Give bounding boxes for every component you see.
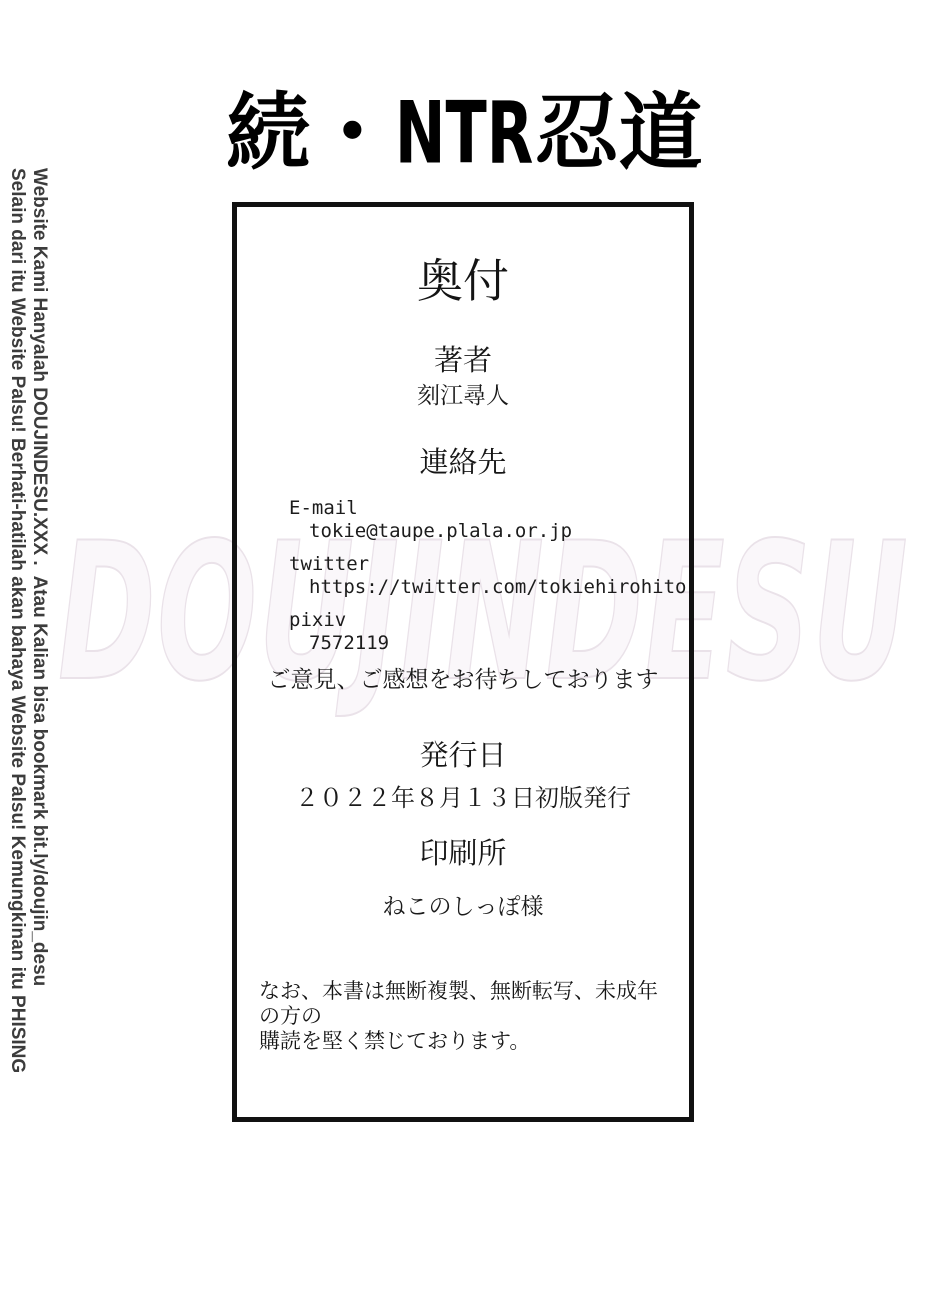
book-title-prefix: 続・	[226, 86, 394, 180]
book-title-suffix: 忍道	[535, 86, 703, 180]
legal-note-line-1: なお、本書は無断複製、無断転写、未成年の方の	[259, 979, 677, 1029]
pixiv-label: pixiv	[289, 609, 689, 632]
contact-item-pixiv: pixiv 7572119	[289, 609, 689, 655]
email-label: E-mail	[289, 497, 689, 520]
side-watermark-line-2: Selain dari itu Website Palsu! Berhati-h…	[6, 168, 28, 1073]
colophon-box: 奥付 著者 刻江尋人 連絡先 E-mail tokie@taupe.plala.…	[232, 202, 694, 1122]
book-title: 続・NTR忍道	[0, 88, 929, 178]
pixiv-id: 7572119	[289, 632, 689, 655]
contact-item-twitter: twitter https://twitter.com/tokiehirohit…	[289, 553, 689, 599]
contact-list: E-mail tokie@taupe.plala.or.jp twitter h…	[237, 497, 689, 655]
contact-item-email: E-mail tokie@taupe.plala.or.jp	[289, 497, 689, 543]
side-watermark: Website Kami Hanyalah DOUJINDESU.XXX . A…	[6, 168, 50, 1073]
feedback-note: ご意見、ご感想をお待ちしております	[237, 665, 689, 693]
publish-date-heading: 発行日	[237, 739, 689, 773]
author-section-heading: 著者	[237, 344, 689, 378]
printer-name: ねこのしっぽ様	[237, 892, 689, 920]
legal-note: なお、本書は無断複製、無断転写、未成年の方の 購読を堅く禁じております。	[237, 979, 689, 1054]
email-address: tokie@taupe.plala.or.jp	[289, 520, 689, 543]
printer-heading: 印刷所	[237, 837, 689, 871]
twitter-url: https://twitter.com/tokiehirohito	[289, 576, 689, 599]
publish-date: ２０２２年８月１３日初版発行	[237, 785, 689, 813]
side-watermark-line-1: Website Kami Hanyalah DOUJINDESU.XXX . A…	[28, 168, 50, 1073]
author-name: 刻江尋人	[237, 381, 689, 409]
colophon-page: DOUJINDESU Website Kami Hanyalah DOUJIND…	[0, 0, 929, 1312]
colophon-heading: 奥付	[237, 255, 689, 307]
contact-section-heading: 連絡先	[237, 446, 689, 480]
twitter-label: twitter	[289, 553, 689, 576]
book-title-latin: NTR	[395, 87, 533, 179]
legal-note-line-2: 購読を堅く禁じております。	[259, 1029, 677, 1054]
